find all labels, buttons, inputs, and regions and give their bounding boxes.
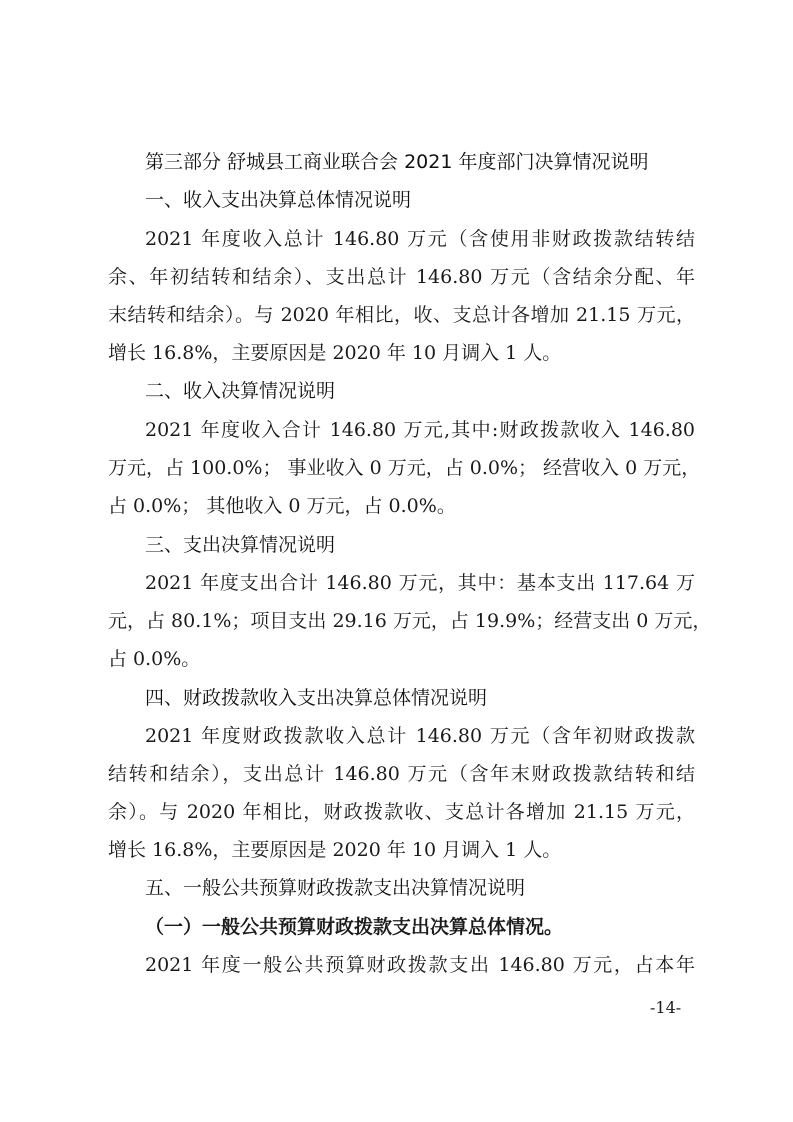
subsection-heading: （一）一般公共预算财政拨款支出决算总体情况。 [145,915,563,939]
paragraph-line: 2021 年度收入合计 146.80 万元,其中:财政拨款收入 146.80 [145,418,695,442]
paragraph-line: 余）。与 2020 年相比，财政拨款收、支总计各增加 21.15 万元， [108,800,695,824]
page-number: -14- [650,998,681,1017]
paragraph-line: 占 0.0%。 [108,647,200,671]
document-page: 第三部分 舒城县工商业联合会 2021 年度部门决算情况说明 一、收入支出决算总… [0,0,793,1122]
paragraph-line: 万元，占 100.0%； 事业收入 0 万元，占 0.0%； 经营收入 0 万元… [108,456,695,480]
section-heading-1: 一、收入支出决算总体情况说明 [145,188,411,212]
section-heading-2: 二、收入决算情况说明 [145,379,335,403]
paragraph-line: 结转和结余），支出总计 146.80 万元（含年末财政拨款结转和结 [108,762,695,786]
paragraph-line: 末结转和结余）。与 2020 年相比，收、支总计各增加 21.15 万元， [108,303,695,327]
paragraph-line: 2021 年度财政拨款收入总计 146.80 万元（含年初财政拨款 [145,724,695,748]
paragraph-line: 2021 年度收入总计 146.80 万元（含使用非财政拨款结转结 [145,227,695,251]
paragraph-line: 2021 年度一般公共预算财政拨款支出 146.80 万元，占本年 [145,953,695,977]
paragraph-line: 元，占 80.1%；项目支出 29.16 万元，占 19.9%；经营支出 0 万… [108,609,695,633]
paragraph-line: 余、年初结转和结余）、支出总计 146.80 万元（含结余分配、年 [108,265,695,289]
paragraph-line: 增长 16.8%，主要原因是 2020 年 10 月调入 1 人。 [108,838,561,862]
section-heading-3: 三、支出决算情况说明 [145,533,335,557]
section-heading-4: 四、财政拨款收入支出决算总体情况说明 [145,686,487,710]
section-heading-5: 五、一般公共预算财政拨款支出决算情况说明 [145,876,525,900]
paragraph-line: 占 0.0%； 其他收入 0 万元，占 0.0%。 [108,494,456,518]
paragraph-line: 增长 16.8%，主要原因是 2020 年 10 月调入 1 人。 [108,341,561,365]
document-title: 第三部分 舒城县工商业联合会 2021 年度部门决算情况说明 [145,150,695,174]
paragraph-line: 2021 年度支出合计 146.80 万元，其中：基本支出 117.64 万 [145,571,695,595]
